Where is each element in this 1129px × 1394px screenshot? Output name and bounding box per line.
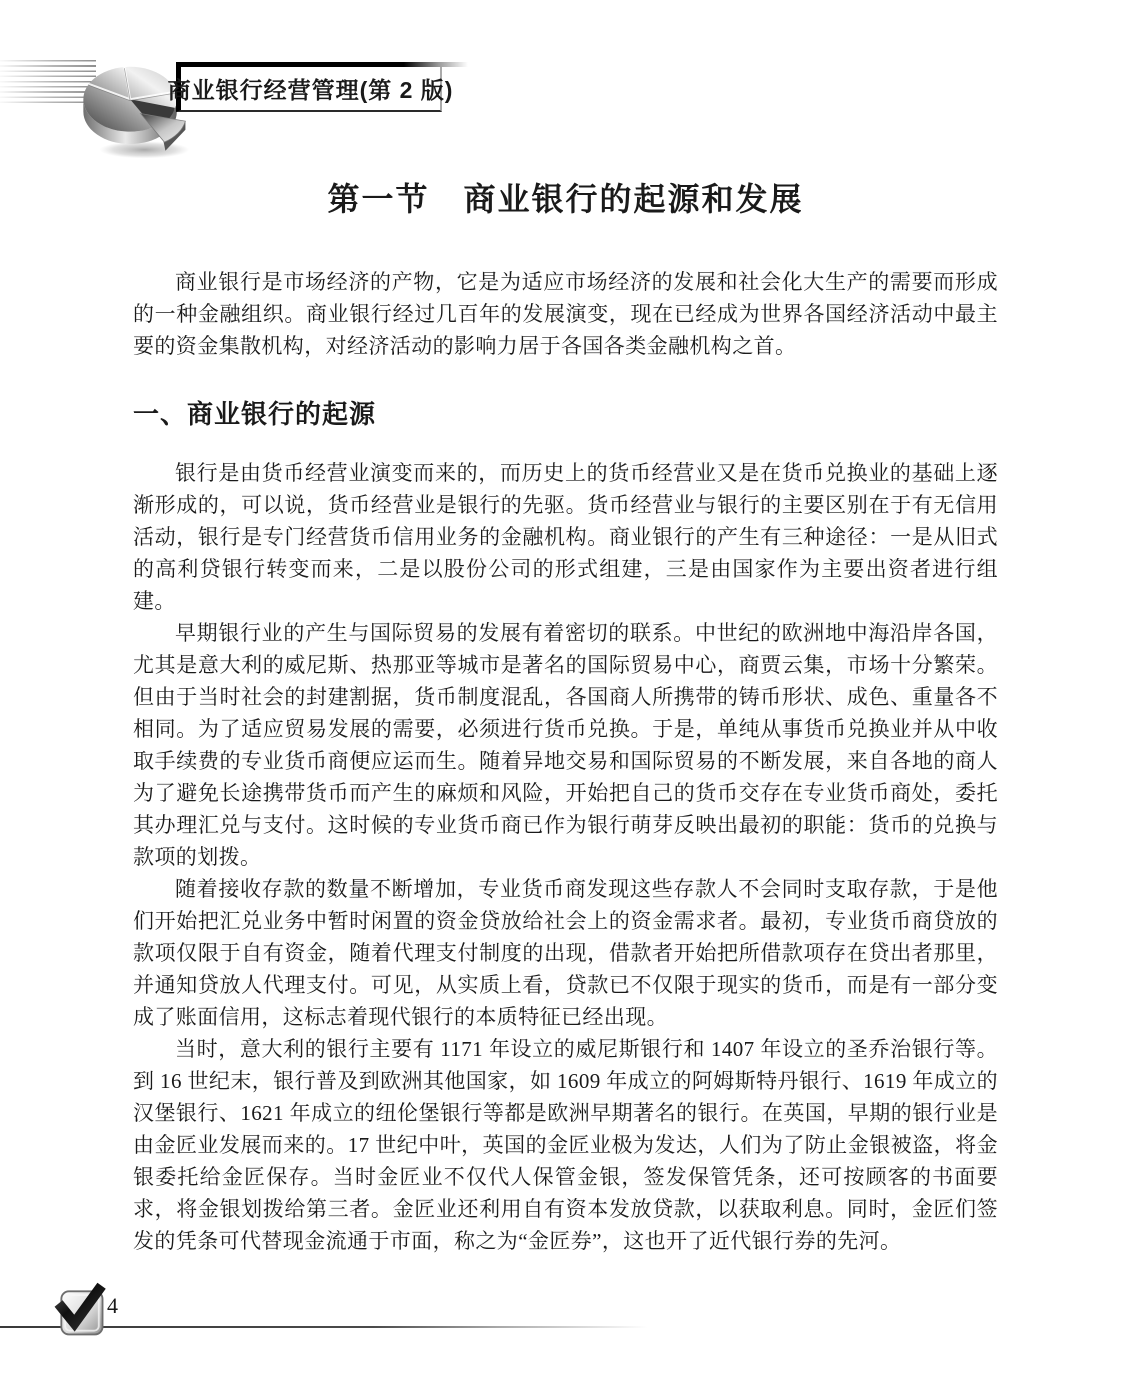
body-paragraph-1: 银行是由货币经营业演变而来的，而历史上的货币经营业又是在货币兑换业的基础上逐渐形… bbox=[133, 457, 998, 617]
book-title-box: 商业银行经营管理(第 2 版) bbox=[176, 67, 442, 112]
page-content: 第一节 商业银行的起源和发展 商业银行是市场经济的产物，它是为适应市场经济的发展… bbox=[133, 160, 998, 1257]
page-number: 4 bbox=[107, 1293, 118, 1319]
footer-rule bbox=[0, 1326, 830, 1328]
chapter-title: 第一节 商业银行的起源和发展 bbox=[133, 174, 998, 220]
book-page: { "header": { "logo_icon": "pie-chart-3d… bbox=[0, 0, 1129, 1394]
body-paragraph-3: 随着接收存款的数量不断增加，专业货币商发现这些存款人不会同时支取存款，于是他们开… bbox=[133, 873, 998, 1033]
body-paragraph-2: 早期银行业的产生与国际贸易的发展有着密切的联系。中世纪的欧洲地中海沿岸各国，尤其… bbox=[133, 617, 998, 873]
section-heading: 一、商业银行的起源 bbox=[133, 394, 998, 431]
checkmark-icon bbox=[52, 1279, 110, 1343]
intro-paragraph: 商业银行是市场经济的产物，它是为适应市场经济的发展和社会化大生产的需要而形成的一… bbox=[133, 266, 998, 362]
body-paragraph-4: 当时，意大利的银行主要有 1171 年设立的威尼斯银行和 1407 年设立的圣乔… bbox=[133, 1033, 998, 1257]
book-title: 商业银行经营管理(第 2 版) bbox=[168, 72, 454, 105]
